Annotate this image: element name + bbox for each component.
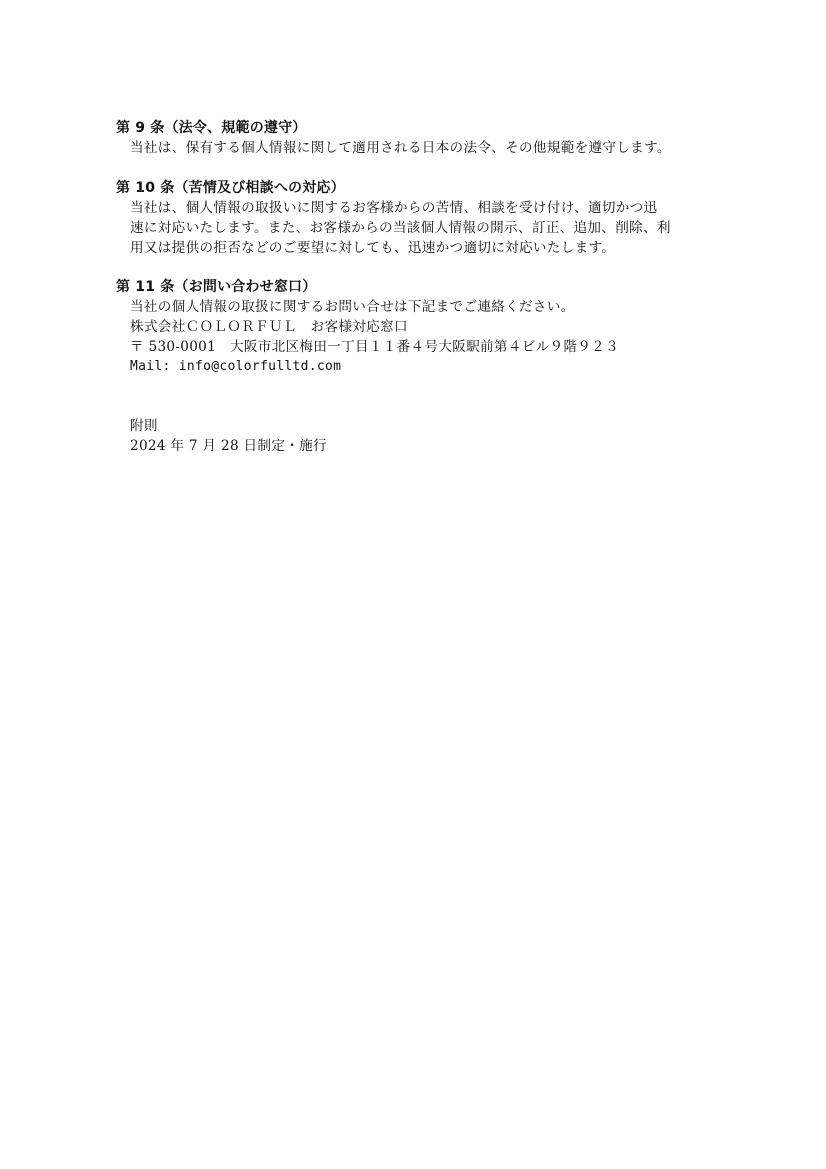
document-page: 第 9 条（法令、規範の遵守） 当社は、保有する個人情報に関して適用される日本の… (0, 0, 826, 1169)
enactment-date: 2024 年 7 月 28 日制定・施行 (116, 436, 716, 456)
article-9: 第 9 条（法令、規範の遵守） 当社は、保有する個人情報に関して適用される日本の… (116, 118, 716, 158)
article-heading: 第 11 条（お問い合わせ窓口） (116, 277, 716, 297)
article-10: 第 10 条（苦情及び相談への対応） 当社は、個人情報の取扱いに関するお客様から… (116, 178, 716, 258)
article-11: 第 11 条（お問い合わせ窓口） 当社の個人情報の取扱に関するお問い合せは下記ま… (116, 277, 716, 377)
supplementary-title: 附則 (116, 416, 716, 436)
article-text-line: 当社の個人情報の取扱に関するお問い合せは下記までご連絡ください。 (116, 297, 716, 317)
supplementary-provisions: 附則 2024 年 7 月 28 日制定・施行 (116, 416, 716, 456)
article-heading: 第 9 条（法令、規範の遵守） (116, 118, 716, 138)
company-name: 株式会社ＣＯＬＯＲＦＵＬ お客様対応窓口 (116, 317, 716, 337)
article-text-line: 速に対応いたします。また、お客様からの当該個人情報の開示、訂正、追加、削除、利 (116, 218, 716, 238)
article-heading: 第 10 条（苦情及び相談への対応） (116, 178, 716, 198)
article-text-line: 当社は、個人情報の取扱いに関するお客様からの苦情、相談を受け付け、適切かつ迅 (116, 198, 716, 218)
postal-address: 〒 530-0001 大阪市北区梅田一丁目１１番４号大阪駅前第４ビル９階９２３ (116, 337, 716, 357)
contact-email: Mail: info@colorfulltd.com (116, 357, 716, 377)
article-text-line: 当社は、保有する個人情報に関して適用される日本の法令、その他規範を遵守します。 (116, 138, 716, 158)
article-text-line: 用又は提供の拒否などのご要望に対しても、迅速かつ適切に対応いたします。 (116, 238, 716, 258)
